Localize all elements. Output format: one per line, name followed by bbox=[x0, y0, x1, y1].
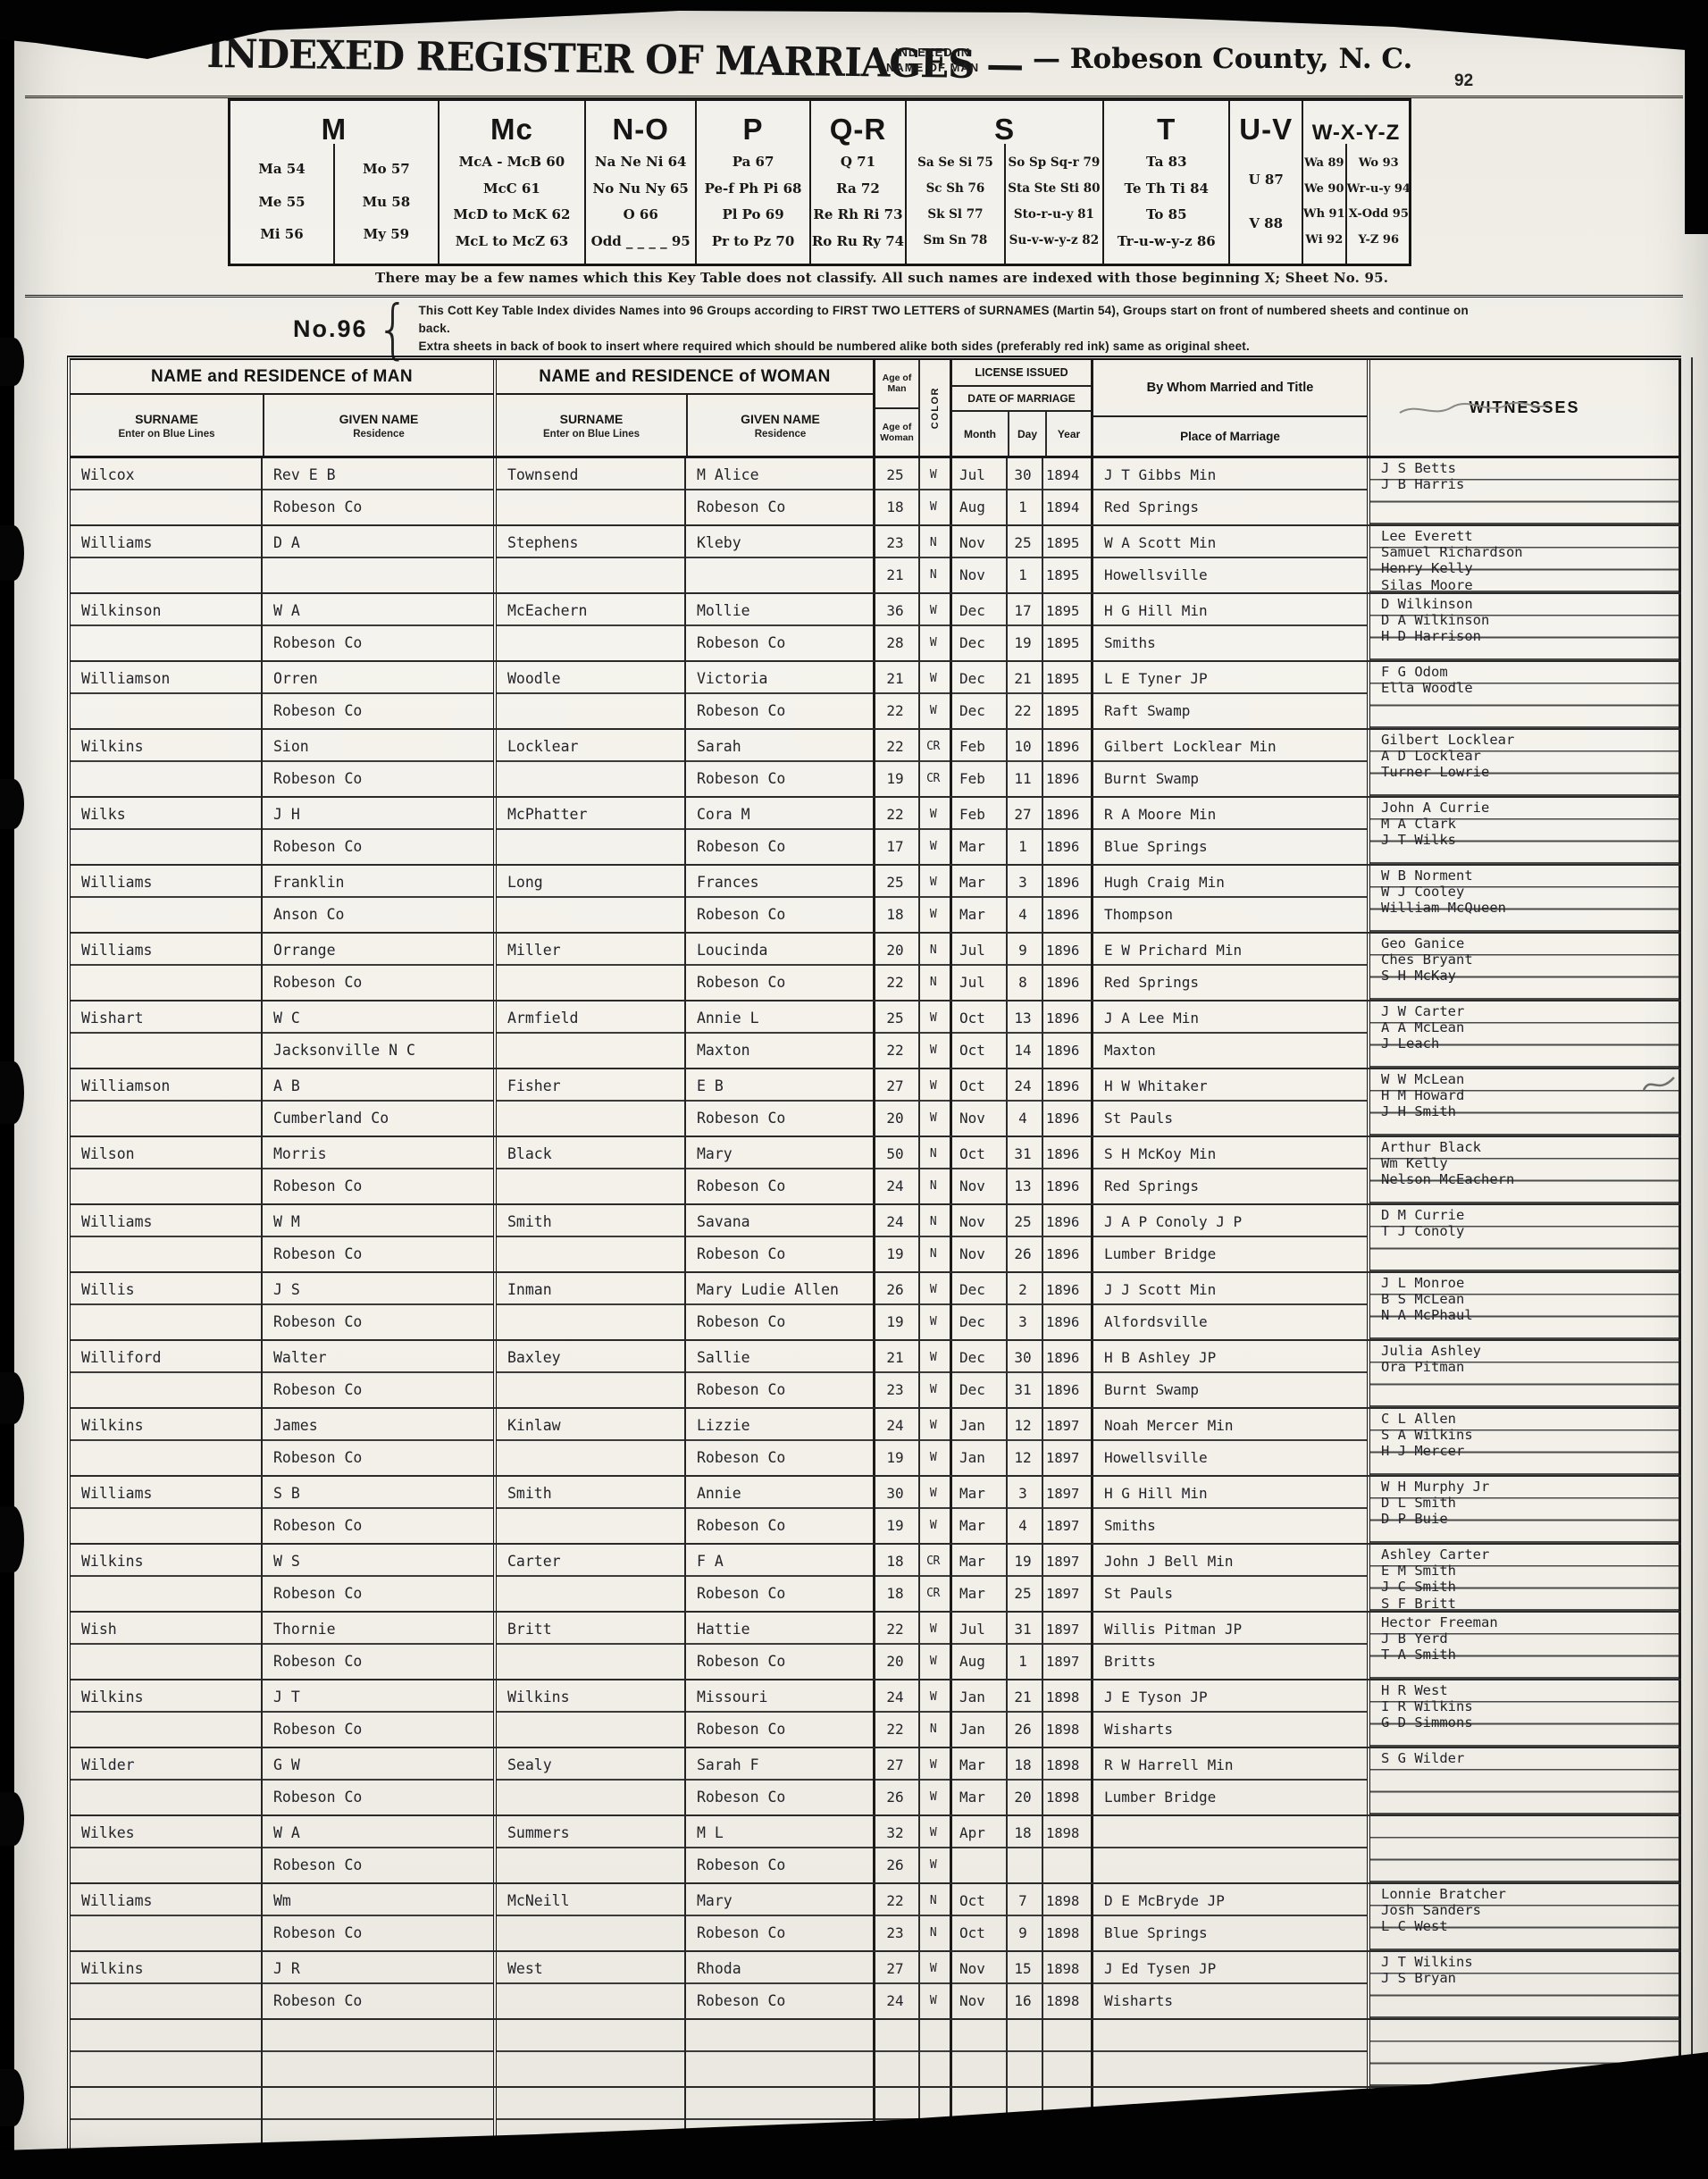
woman-surname-cell: Summers bbox=[497, 1816, 686, 1882]
woman-given-cell: Cora M Robeson Co bbox=[686, 798, 875, 864]
key-entry: Sk Sl 77 bbox=[907, 207, 1003, 222]
witnesses-cell: J W Carter A A McLean J Leach bbox=[1370, 1002, 1681, 1068]
woman-section-title: NAME and RESIDENCE of WOMAN bbox=[497, 360, 873, 395]
year-cell: 1897 1897 bbox=[1043, 1409, 1093, 1475]
county-title: — Robeson County, N. C. bbox=[1033, 43, 1412, 75]
color-cell: W W bbox=[920, 866, 952, 932]
age-of-man: 32 bbox=[875, 1816, 918, 1848]
blank-line bbox=[497, 1577, 684, 1609]
marriage-month: Mar bbox=[952, 1509, 1006, 1541]
color-of-woman: W bbox=[920, 1509, 950, 1541]
marriage-year: 1896 bbox=[1043, 1373, 1091, 1405]
witnesses-cell: S G Wilder bbox=[1370, 1748, 1681, 1814]
color-cell: W W bbox=[920, 1273, 952, 1339]
man-given-cell: W A Robeson Co bbox=[263, 1816, 497, 1882]
register-record: Williford Walter Robeson Co Baxley Salli… bbox=[71, 1341, 1681, 1409]
color-of-man: W bbox=[920, 1069, 950, 1102]
witness: J C Smith bbox=[1370, 1579, 1679, 1595]
married-by: Hugh Craig Min bbox=[1093, 866, 1367, 898]
marriage-month: Feb bbox=[952, 762, 1006, 794]
register-record: Williamson Orren Robeson Co Woodle Victo… bbox=[71, 662, 1681, 730]
man-residence: Robeson Co bbox=[263, 1781, 493, 1813]
license-day: 15 bbox=[1008, 1952, 1042, 1984]
witness: Wm Kelly bbox=[1370, 1155, 1679, 1171]
color-of-man: W bbox=[920, 1613, 950, 1645]
witness bbox=[1370, 645, 1679, 661]
witness: T J Conoly bbox=[1370, 1223, 1679, 1239]
color-of-woman: W bbox=[920, 626, 950, 658]
woman-surname-cell: Locklear bbox=[497, 730, 686, 796]
license-day: 25 bbox=[1008, 526, 1042, 558]
register-record: Williams S B Robeson Co Smith Annie Robe… bbox=[71, 1477, 1681, 1545]
no96-note: No.96 { This Cott Key Table Index divide… bbox=[293, 302, 1472, 356]
place-of-marriage: Thompson bbox=[1093, 898, 1367, 930]
blank-line bbox=[71, 966, 261, 998]
marriage-year: 1895 bbox=[1043, 558, 1091, 591]
marriage-year: 1896 bbox=[1043, 762, 1091, 794]
man-residence: Jacksonville N C bbox=[263, 1034, 493, 1066]
witnesses-cell: Ashley Carter E M Smith J C Smith S F Br… bbox=[1370, 1545, 1681, 1611]
witnesses-cell: Lonnie Bratcher Josh Sanders L C West bbox=[1370, 1884, 1681, 1950]
key-entry: Sa Se Si 75 bbox=[907, 155, 1003, 170]
key-entry: Wa 89 bbox=[1303, 156, 1345, 170]
woman-residence: Robeson Co bbox=[686, 1916, 873, 1949]
color-of-woman: W bbox=[920, 1305, 950, 1337]
month-cell: Jul Aug bbox=[952, 1613, 1008, 1679]
binding-mark bbox=[0, 1061, 24, 1124]
marriage-day: 3 bbox=[1008, 1305, 1042, 1337]
key-entry: McA - McB 60 bbox=[440, 154, 584, 170]
license-day: 25 bbox=[1008, 1205, 1042, 1237]
woman-surname-cell: Armfield bbox=[497, 1002, 686, 1068]
color-cell: W W bbox=[920, 1409, 952, 1475]
witness: D Wilkinson bbox=[1370, 596, 1679, 612]
age-cell: 22 20 bbox=[875, 1613, 920, 1679]
month-cell: Feb Mar bbox=[952, 798, 1008, 864]
marriage-day: 1 bbox=[1008, 1645, 1042, 1677]
married-by: H W Whitaker bbox=[1093, 1069, 1367, 1102]
license-year: 1898 bbox=[1043, 1680, 1091, 1713]
man-surname: Williford bbox=[71, 1341, 261, 1373]
key-entry: Sm Sn 78 bbox=[907, 233, 1003, 247]
color-of-man: N bbox=[920, 1205, 950, 1237]
man-surname-cell: Willis bbox=[71, 1273, 263, 1339]
key-entry: Mo 57 bbox=[335, 161, 438, 177]
key-entry: McD to McK 62 bbox=[440, 206, 584, 222]
married-by-cell: S H McKoy Min Red Springs bbox=[1093, 1137, 1370, 1203]
key-group-no: N-O Na Ne Ni 64 No Nu Ny 65 O 66 Odd _ _… bbox=[586, 101, 697, 264]
license-year: 1897 bbox=[1043, 1477, 1091, 1509]
woman-given-name: M Alice bbox=[686, 458, 873, 490]
register-record: Wilkins J R Robeson Co West Rhoda Robeso… bbox=[71, 1952, 1681, 2020]
blank-line bbox=[497, 490, 684, 523]
color-of-man: N bbox=[920, 1137, 950, 1169]
blank-line bbox=[71, 1034, 261, 1066]
married-by-cell bbox=[1093, 1816, 1370, 1882]
date-of-marriage-label: DATE OF MARRIAGE bbox=[952, 387, 1091, 412]
woman-residence: Robeson Co bbox=[686, 1237, 873, 1270]
woman-given-name: Sarah F bbox=[686, 1748, 873, 1781]
woman-residence: Robeson Co bbox=[686, 1713, 873, 1745]
key-entry: We 90 bbox=[1303, 182, 1345, 196]
blank-line bbox=[497, 1034, 684, 1066]
age-of-woman: 19 bbox=[875, 1305, 918, 1337]
witnesses-cell: W W McLean H M Howard J H Smith bbox=[1370, 1069, 1681, 1136]
man-given-cell: Orrange Robeson Co bbox=[263, 934, 497, 1000]
woman-given-name: Lizzie bbox=[686, 1409, 873, 1441]
man-surname-cell: Wilkins bbox=[71, 1409, 263, 1475]
married-by: W A Scott Min bbox=[1093, 526, 1367, 558]
woman-residence: Robeson Co bbox=[686, 1373, 873, 1405]
key-entry: Wi 92 bbox=[1303, 233, 1345, 247]
age-cell: 21 23 bbox=[875, 1341, 920, 1407]
man-given-name: Morris bbox=[263, 1137, 493, 1169]
day-cell: 18 bbox=[1008, 1816, 1043, 1882]
man-surname-cell: Wilson bbox=[71, 1137, 263, 1203]
married-by-cell: J A P Conoly J P Lumber Bridge bbox=[1093, 1205, 1370, 1271]
place-of-marriage: Raft Swamp bbox=[1093, 694, 1367, 726]
woman-surname-cell: Fisher bbox=[497, 1069, 686, 1136]
year-cell: 1894 1894 bbox=[1043, 458, 1093, 524]
man-surname: Wilson bbox=[71, 1137, 261, 1169]
key-entry: To 85 bbox=[1104, 206, 1228, 222]
day-cell: 21 22 bbox=[1008, 662, 1043, 728]
license-day: 30 bbox=[1008, 458, 1042, 490]
year-cell: 1895 1895 bbox=[1043, 526, 1093, 592]
key-entry: Re Rh Ri 73 bbox=[811, 206, 905, 222]
married-by: D E McBryde JP bbox=[1093, 1884, 1367, 1916]
witnesses-cell: J S Betts J B Harris bbox=[1370, 458, 1681, 524]
license-month: Jan bbox=[952, 1680, 1006, 1713]
color-of-man: W bbox=[920, 1680, 950, 1713]
blank-line bbox=[71, 1373, 261, 1405]
age-cell: 25 22 bbox=[875, 1002, 920, 1068]
woman-given-cell: E B Robeson Co bbox=[686, 1069, 875, 1136]
woman-given-name: Rhoda bbox=[686, 1952, 873, 1984]
age-of-woman: 22 bbox=[875, 966, 918, 998]
color-of-woman: W bbox=[920, 1645, 950, 1677]
key-entry: Sta Ste Sti 80 bbox=[1006, 181, 1102, 196]
color-of-woman: W bbox=[920, 490, 950, 523]
woman-surname-cell: Long bbox=[497, 866, 686, 932]
man-surname: Williams bbox=[71, 1884, 261, 1916]
woman-residence: Robeson Co bbox=[686, 966, 873, 998]
binding-mark bbox=[0, 1792, 24, 1846]
married-by-cell: Willis Pitman JP Britts bbox=[1093, 1613, 1370, 1679]
age-of-woman: 22 bbox=[875, 1713, 918, 1745]
age-of-woman: 21 bbox=[875, 558, 918, 591]
license-month: Oct bbox=[952, 1884, 1006, 1916]
witness: J B Harris bbox=[1370, 476, 1679, 492]
married-by-cell: H B Ashley JP Burnt Swamp bbox=[1093, 1341, 1370, 1407]
age-of-man: 25 bbox=[875, 458, 918, 490]
woman-given-cell: Loucinda Robeson Co bbox=[686, 934, 875, 1000]
married-by-header: By Whom Married and Title Place of Marri… bbox=[1093, 360, 1370, 456]
witness: N A McPhaul bbox=[1370, 1307, 1679, 1323]
given-sublabel: Residence bbox=[755, 429, 807, 440]
marriage-day: 4 bbox=[1008, 1102, 1042, 1134]
woman-given-cell: Mollie Robeson Co bbox=[686, 594, 875, 660]
pencil-scribble-icon bbox=[1398, 397, 1550, 420]
register-record: Williams D A Stephens Kleby 23 21 bbox=[71, 526, 1681, 594]
no96-text-line1: This Cott Key Table Index divides Names … bbox=[418, 302, 1472, 338]
witness bbox=[1370, 1935, 1679, 1951]
blank-line bbox=[71, 1169, 261, 1202]
witness: C L Allen bbox=[1370, 1411, 1679, 1427]
key-entry: McC 61 bbox=[440, 180, 584, 197]
cott-key-table: M Ma 54 Me 55 Mi 56 Mo 57 Mu 58 My 59 Mc… bbox=[228, 98, 1411, 266]
license-day: 10 bbox=[1008, 730, 1042, 762]
age-of-woman: 17 bbox=[875, 830, 918, 862]
month-cell: Dec Dec bbox=[952, 662, 1008, 728]
blank-line bbox=[497, 830, 684, 862]
age-of-man: 27 bbox=[875, 1748, 918, 1781]
marriage-year: 1898 bbox=[1043, 1984, 1091, 2016]
empty-cell bbox=[71, 2020, 263, 2086]
age-of-man: 26 bbox=[875, 1273, 918, 1305]
witness: Silas Moore bbox=[1370, 577, 1679, 593]
married-by: J T Gibbs Min bbox=[1093, 458, 1367, 490]
woman-given-cell: M Alice Robeson Co bbox=[686, 458, 875, 524]
woman-surname-cell: Sealy bbox=[497, 1748, 686, 1814]
woman-surname: Smith bbox=[497, 1477, 684, 1509]
woman-given-cell: Rhoda Robeson Co bbox=[686, 1952, 875, 2018]
color-of-man: W bbox=[920, 798, 950, 830]
marriage-year: 1896 bbox=[1043, 966, 1091, 998]
woman-given-cell: Missouri Robeson Co bbox=[686, 1680, 875, 1747]
woman-given-name: F A bbox=[686, 1545, 873, 1577]
witness: D L Smith bbox=[1370, 1495, 1679, 1511]
man-residence: Robeson Co bbox=[263, 626, 493, 658]
man-residence: Robeson Co bbox=[263, 966, 493, 998]
register-record: Wilcox Rev E B Robeson Co Townsend M Ali… bbox=[71, 458, 1681, 526]
woman-given-name: Kleby bbox=[686, 526, 873, 558]
license-year: 1897 bbox=[1043, 1545, 1091, 1577]
witness: Nelson McEachern bbox=[1370, 1171, 1679, 1187]
marriage-month: Aug bbox=[952, 1645, 1006, 1677]
color-cell: W W bbox=[920, 1952, 952, 2018]
day-cell: 7 9 bbox=[1008, 1884, 1043, 1950]
witness: J B Yerd bbox=[1370, 1630, 1679, 1647]
man-given-name: J T bbox=[263, 1680, 493, 1713]
woman-surname-cell: McEachern bbox=[497, 594, 686, 660]
register-record: Wilkins J T Robeson Co Wilkins Missouri … bbox=[71, 1680, 1681, 1748]
license-year: 1896 bbox=[1043, 934, 1091, 966]
woman-surname: Baxley bbox=[497, 1341, 684, 1373]
marriage-day: 1 bbox=[1008, 558, 1042, 591]
color-cell: N N bbox=[920, 934, 952, 1000]
marriage-year: 1898 bbox=[1043, 1713, 1091, 1745]
man-given-cell: J R Robeson Co bbox=[263, 1952, 497, 2018]
color-of-woman: W bbox=[920, 898, 950, 930]
blank-line bbox=[497, 626, 684, 658]
witnesses-cell: Gilbert Locklear A D Locklear Turner Low… bbox=[1370, 730, 1681, 796]
man-given-cell: Rev E B Robeson Co bbox=[263, 458, 497, 524]
blank-line bbox=[497, 1237, 684, 1270]
age-cell: 18 18 bbox=[875, 1545, 920, 1611]
witness: J T Wilks bbox=[1370, 832, 1679, 848]
color-of-woman: W bbox=[920, 830, 950, 862]
key-entry: Pr to Pz 70 bbox=[697, 233, 808, 249]
man-residence: Robeson Co bbox=[263, 1509, 493, 1541]
age-of-woman: 19 bbox=[875, 1237, 918, 1270]
register-record: Wishart W C Jacksonville N C Armfield An… bbox=[71, 1002, 1681, 1069]
witness: Samuel Richardson bbox=[1370, 544, 1679, 560]
marriage-month: Jan bbox=[952, 1713, 1006, 1745]
blank-line bbox=[71, 1713, 261, 1745]
blank-line bbox=[497, 558, 684, 591]
month-cell: Dec Dec bbox=[952, 594, 1008, 660]
surname-label: SURNAME bbox=[560, 412, 624, 426]
license-day: 7 bbox=[1008, 1884, 1042, 1916]
woman-surname-header: SURNAME Enter on Blue Lines bbox=[497, 395, 688, 456]
blank-line bbox=[71, 694, 261, 726]
witness bbox=[1370, 696, 1679, 712]
man-surname: Wilkins bbox=[71, 1545, 261, 1577]
marriage-day: 31 bbox=[1008, 1373, 1042, 1405]
age-of-woman: 23 bbox=[875, 1916, 918, 1949]
woman-surname-cell: Smith bbox=[497, 1477, 686, 1543]
key-letter: P bbox=[697, 101, 808, 144]
color-of-woman: N bbox=[920, 558, 950, 591]
witnesses-cell: Lee Everett Samuel Richardson Henry Kell… bbox=[1370, 526, 1681, 592]
blank-line bbox=[71, 1781, 261, 1813]
woman-given-name: Hattie bbox=[686, 1613, 873, 1645]
age-cell: 20 22 bbox=[875, 934, 920, 1000]
woman-given-name: Sallie bbox=[686, 1341, 873, 1373]
key-group-mc: Mc McA - McB 60 McC 61 McD to McK 62 McL… bbox=[440, 101, 586, 264]
color-of-woman: W bbox=[920, 1373, 950, 1405]
blank-line bbox=[497, 1713, 684, 1745]
woman-given-name: Loucinda bbox=[686, 934, 873, 966]
key-entry: X-Odd 95 bbox=[1347, 207, 1411, 221]
witness: J S Bryan bbox=[1370, 1970, 1679, 1986]
blank-line bbox=[497, 1373, 684, 1405]
blank-line bbox=[497, 694, 684, 726]
married-by: J A Lee Min bbox=[1093, 1002, 1367, 1034]
man-surname-cell: Wilkinson bbox=[71, 594, 263, 660]
indexed-in-line1: INDEXED IN bbox=[886, 45, 979, 60]
color-cell: CR CR bbox=[920, 730, 952, 796]
man-given-name: Orrange bbox=[263, 934, 493, 966]
marriage-month: Mar bbox=[952, 830, 1006, 862]
man-given-name: Sion bbox=[263, 730, 493, 762]
man-surname: Wilks bbox=[71, 798, 261, 830]
key-entry: Wr-u-y 94 bbox=[1347, 182, 1411, 196]
woman-surname-cell: McPhatter bbox=[497, 798, 686, 864]
year-cell: 1898 1898 bbox=[1043, 1680, 1093, 1747]
day-cell: 30 1 bbox=[1008, 458, 1043, 524]
witnesses-cell: W H Murphy Jr D L Smith D P Buie bbox=[1370, 1477, 1681, 1543]
no96-label: No.96 bbox=[293, 315, 368, 343]
age-cell: 24 19 bbox=[875, 1205, 920, 1271]
color-of-man: W bbox=[920, 458, 950, 490]
woman-given-name: Savana bbox=[686, 1205, 873, 1237]
color-of-woman: N bbox=[920, 1169, 950, 1202]
woman-given-header: GIVEN NAME Residence bbox=[688, 395, 873, 456]
age-of-man: 22 bbox=[875, 798, 918, 830]
license-month: Dec bbox=[952, 662, 1006, 694]
marriage-day: 4 bbox=[1008, 1509, 1042, 1541]
man-surname-cell: Wilkes bbox=[71, 1816, 263, 1882]
license-year: 1896 bbox=[1043, 866, 1091, 898]
man-given-cell: J T Robeson Co bbox=[263, 1680, 497, 1747]
license-year: 1897 bbox=[1043, 1613, 1091, 1645]
license-month: Feb bbox=[952, 798, 1006, 830]
license-header: LICENSE ISSUED DATE OF MARRIAGE Month Da… bbox=[952, 360, 1093, 456]
license-month: Nov bbox=[952, 526, 1006, 558]
woman-surname: Miller bbox=[497, 934, 684, 966]
key-entry: Pe-f Ph Pi 68 bbox=[697, 180, 808, 197]
register-record: Wilks J H Robeson Co McPhatter Cora M Ro… bbox=[71, 798, 1681, 866]
man-given-name: W S bbox=[263, 1545, 493, 1577]
marriage-year: 1897 bbox=[1043, 1577, 1091, 1609]
witness bbox=[1370, 1528, 1679, 1544]
man-surname-cell: Williams bbox=[71, 866, 263, 932]
license-day: 12 bbox=[1008, 1409, 1042, 1441]
married-by: J J Scott Min bbox=[1093, 1273, 1367, 1305]
man-residence: Robeson Co bbox=[263, 1305, 493, 1337]
license-year: 1898 bbox=[1043, 1884, 1091, 1916]
marriage-day bbox=[1008, 1848, 1042, 1881]
color-cell: W W bbox=[920, 1341, 952, 1407]
woman-surname: Inman bbox=[497, 1273, 684, 1305]
man-surname-cell: Williams bbox=[71, 526, 263, 592]
witness: Ashley Carter bbox=[1370, 1546, 1679, 1563]
marriage-day: 1 bbox=[1008, 830, 1042, 862]
woman-surname: Stephens bbox=[497, 526, 684, 558]
witnesses-cell: Hector Freeman J B Yerd T A Smith bbox=[1370, 1613, 1681, 1679]
woman-given-cell: Annie L Maxton bbox=[686, 1002, 875, 1068]
man-given-name: D A bbox=[263, 526, 493, 558]
age-of-woman: 24 bbox=[875, 1169, 918, 1202]
woman-residence: Robeson Co bbox=[686, 762, 873, 794]
day-cell: 25 1 bbox=[1008, 526, 1043, 592]
woman-given-name: Frances bbox=[686, 866, 873, 898]
age-of-woman: 26 bbox=[875, 1848, 918, 1881]
key-entry: Sc Sh 76 bbox=[907, 181, 1003, 196]
man-residence: Robeson Co bbox=[263, 830, 493, 862]
woman-given-cell: Hattie Robeson Co bbox=[686, 1613, 875, 1679]
man-surname-cell: Wilkins bbox=[71, 730, 263, 796]
witness bbox=[1370, 849, 1679, 865]
married-by: E W Prichard Min bbox=[1093, 934, 1367, 966]
blank-line bbox=[71, 1645, 261, 1677]
color-cell: W W bbox=[920, 458, 952, 524]
woman-given-cell: Victoria Robeson Co bbox=[686, 662, 875, 728]
age-cell: 22 17 bbox=[875, 798, 920, 864]
man-surname: Williamson bbox=[71, 662, 261, 694]
license-month: Nov bbox=[952, 1205, 1006, 1237]
place-of-marriage: St Pauls bbox=[1093, 1577, 1367, 1609]
man-surname-cell: Wilcox bbox=[71, 458, 263, 524]
woman-surname-cell: Baxley bbox=[497, 1341, 686, 1407]
marriage-register-table: NAME and RESIDENCE of MAN SURNAME Enter … bbox=[67, 356, 1681, 2156]
blank-line bbox=[497, 1102, 684, 1134]
register-record: Wilkins James Robeson Co Kinlaw Lizzie R… bbox=[71, 1409, 1681, 1477]
witness: W J Cooley bbox=[1370, 884, 1679, 900]
key-entry: Su-v-w-y-z 82 bbox=[1006, 233, 1102, 247]
witness: H M Howard bbox=[1370, 1087, 1679, 1103]
binding-mark bbox=[0, 2069, 24, 2126]
license-day: 18 bbox=[1008, 1816, 1042, 1848]
age-of-man: 18 bbox=[875, 1545, 918, 1577]
color-of-man: W bbox=[920, 866, 950, 898]
witness bbox=[1370, 1799, 1679, 1815]
witnesses-cell: W B Norment W J Cooley William McQueen bbox=[1370, 866, 1681, 932]
woman-given-cell: Kleby bbox=[686, 526, 875, 592]
color-of-woman: W bbox=[920, 1984, 950, 2016]
